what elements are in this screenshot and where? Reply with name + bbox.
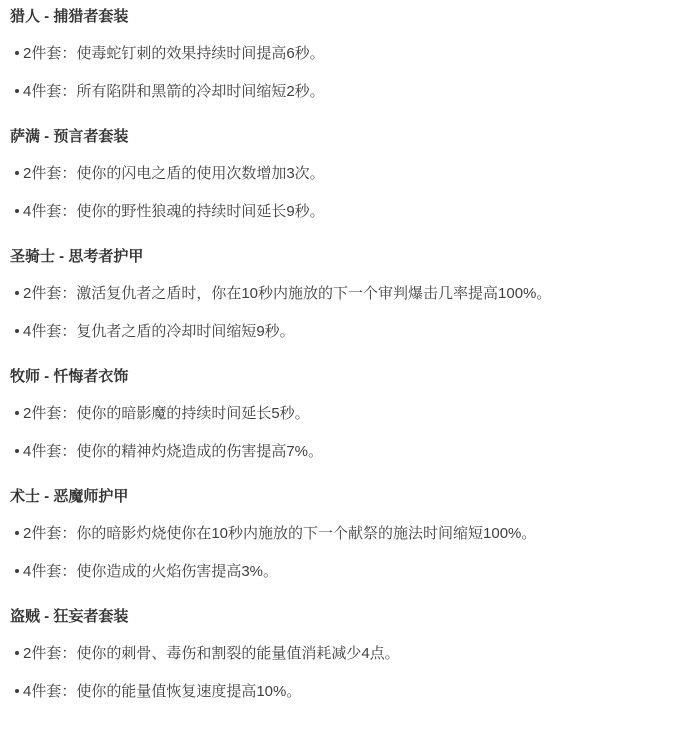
bonus-item: 4件套：使你的能量值恢复速度提高10%。: [10, 684, 667, 700]
section-priest: 牧师 - 忏悔者衣饰 2件套：使你的暗影魔的持续时间延长5秒。 4件套：使你的精…: [10, 369, 667, 460]
set-bonus-article: 猎人 - 捕猎者套装 2件套：使毒蛇钉刺的效果持续时间提高6秒。 4件套：所有陷…: [0, 0, 679, 700]
bonus-list: 2件套：激活复仇者之盾时，你在10秒内施放的下一个审判爆击几率提高100%。 4…: [10, 286, 667, 340]
bonus-text: 4件套：使你的精神灼烧造成的伤害提高7%。: [23, 443, 323, 460]
bonus-item: 2件套：使毒蛇钉刺的效果持续时间提高6秒。: [10, 46, 667, 62]
bonus-text: 4件套：所有陷阱和黑箭的冷却时间缩短2秒。: [23, 83, 325, 100]
bullet-icon: [15, 531, 19, 535]
bonus-text: 2件套：激活复仇者之盾时，你在10秒内施放的下一个审判爆击几率提高100%。: [23, 285, 551, 302]
bonus-text: 2件套：使你的闪电之盾的使用次数增加3次。: [23, 165, 325, 182]
bullet-icon: [15, 171, 19, 175]
bullet-icon: [15, 329, 19, 333]
section-title: 萨满 - 预言者套装: [10, 129, 667, 145]
bonus-text: 2件套：使你的刺骨、毒伤和割裂的能量值消耗减少4点。: [23, 645, 400, 662]
section-title: 牧师 - 忏悔者衣饰: [10, 369, 667, 385]
section-hunter: 猎人 - 捕猎者套装 2件套：使毒蛇钉刺的效果持续时间提高6秒。 4件套：所有陷…: [10, 9, 667, 100]
bonus-list: 2件套：使你的刺骨、毒伤和割裂的能量值消耗减少4点。 4件套：使你的能量值恢复速…: [10, 646, 667, 700]
bonus-text: 4件套：复仇者之盾的冷却时间缩短9秒。: [23, 323, 295, 340]
bonus-item: 4件套：复仇者之盾的冷却时间缩短9秒。: [10, 324, 667, 340]
bonus-text: 4件套：使你的能量值恢复速度提高10%。: [23, 683, 301, 700]
bonus-list: 2件套：你的暗影灼烧使你在10秒内施放的下一个献祭的施法时间缩短100%。 4件…: [10, 526, 667, 580]
bonus-item: 4件套：使你的精神灼烧造成的伤害提高7%。: [10, 444, 667, 460]
bullet-icon: [15, 89, 19, 93]
section-title: 猎人 - 捕猎者套装: [10, 9, 667, 25]
bullet-icon: [15, 51, 19, 55]
bonus-item: 2件套：使你的刺骨、毒伤和割裂的能量值消耗减少4点。: [10, 646, 667, 662]
section-shaman: 萨满 - 预言者套装 2件套：使你的闪电之盾的使用次数增加3次。 4件套：使你的…: [10, 129, 667, 220]
bullet-icon: [15, 569, 19, 573]
bonus-item: 4件套：使你造成的火焰伤害提高3%。: [10, 564, 667, 580]
section-title: 盗贼 - 狂妄者套装: [10, 609, 667, 625]
bullet-icon: [15, 689, 19, 693]
bonus-text: 4件套：使你的野性狼魂的持续时间延长9秒。: [23, 203, 325, 220]
bullet-icon: [15, 449, 19, 453]
bonus-item: 4件套：所有陷阱和黑箭的冷却时间缩短2秒。: [10, 84, 667, 100]
bonus-text: 4件套：使你造成的火焰伤害提高3%。: [23, 563, 278, 580]
bonus-text: 2件套：使你的暗影魔的持续时间延长5秒。: [23, 405, 310, 422]
section-paladin: 圣骑士 - 思考者护甲 2件套：激活复仇者之盾时，你在10秒内施放的下一个审判爆…: [10, 249, 667, 340]
section-warlock: 术士 - 恶魔师护甲 2件套：你的暗影灼烧使你在10秒内施放的下一个献祭的施法时…: [10, 489, 667, 580]
bullet-icon: [15, 411, 19, 415]
section-rogue: 盗贼 - 狂妄者套装 2件套：使你的刺骨、毒伤和割裂的能量值消耗减少4点。 4件…: [10, 609, 667, 700]
section-title: 圣骑士 - 思考者护甲: [10, 249, 667, 265]
bonus-item: 2件套：使你的暗影魔的持续时间延长5秒。: [10, 406, 667, 422]
bonus-list: 2件套：使你的闪电之盾的使用次数增加3次。 4件套：使你的野性狼魂的持续时间延长…: [10, 166, 667, 220]
bonus-list: 2件套：使你的暗影魔的持续时间延长5秒。 4件套：使你的精神灼烧造成的伤害提高7…: [10, 406, 667, 460]
bullet-icon: [15, 291, 19, 295]
section-title: 术士 - 恶魔师护甲: [10, 489, 667, 505]
bullet-icon: [15, 209, 19, 213]
bonus-text: 2件套：你的暗影灼烧使你在10秒内施放的下一个献祭的施法时间缩短100%。: [23, 525, 536, 542]
bonus-item: 4件套：使你的野性狼魂的持续时间延长9秒。: [10, 204, 667, 220]
bonus-list: 2件套：使毒蛇钉刺的效果持续时间提高6秒。 4件套：所有陷阱和黑箭的冷却时间缩短…: [10, 46, 667, 100]
bonus-text: 2件套：使毒蛇钉刺的效果持续时间提高6秒。: [23, 45, 325, 62]
bonus-item: 2件套：你的暗影灼烧使你在10秒内施放的下一个献祭的施法时间缩短100%。: [10, 526, 667, 542]
bonus-item: 2件套：激活复仇者之盾时，你在10秒内施放的下一个审判爆击几率提高100%。: [10, 286, 667, 302]
bonus-item: 2件套：使你的闪电之盾的使用次数增加3次。: [10, 166, 667, 182]
bullet-icon: [15, 651, 19, 655]
